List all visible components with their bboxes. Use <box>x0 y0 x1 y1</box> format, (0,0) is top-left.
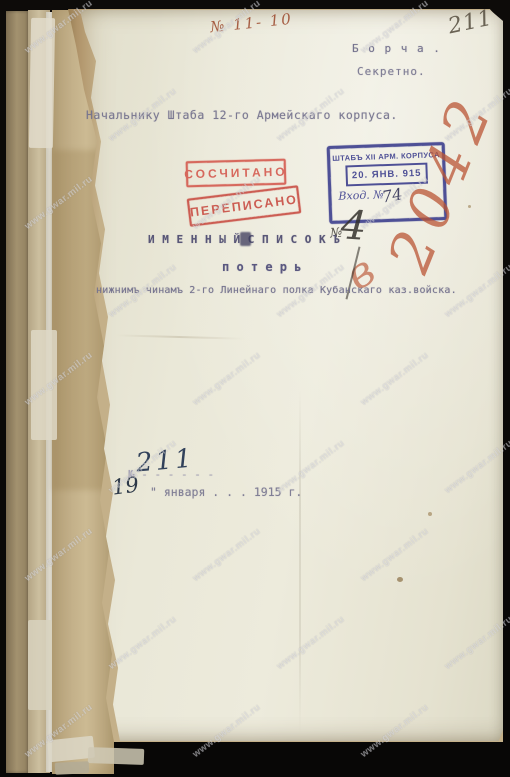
watermark: www.gwar.mil.ru <box>23 702 95 760</box>
watermark: www.gwar.mil.ru <box>443 438 510 496</box>
watermark: www.gwar.mil.ru <box>191 350 263 408</box>
watermark: www.gwar.mil.ru <box>275 438 347 496</box>
watermark: www.gwar.mil.ru <box>275 614 347 672</box>
watermark: www.gwar.mil.ru <box>359 350 431 408</box>
watermark: www.gwar.mil.ru <box>23 0 95 56</box>
watermark: www.gwar.mil.ru <box>275 86 347 144</box>
watermark: www.gwar.mil.ru <box>107 614 179 672</box>
watermark: www.gwar.mil.ru <box>443 614 510 672</box>
watermark: www.gwar.mil.ru <box>107 86 179 144</box>
watermark: www.gwar.mil.ru <box>191 526 263 584</box>
watermark: www.gwar.mil.ru <box>191 0 263 56</box>
watermark: www.gwar.mil.ru <box>107 438 179 496</box>
watermark: www.gwar.mil.ru <box>191 174 263 232</box>
archival-scan-photo: № 11- 10 211 Б о р ч а . Секретно. Начал… <box>0 0 510 777</box>
watermark: www.gwar.mil.ru <box>23 526 95 584</box>
watermark: www.gwar.mil.ru <box>359 702 431 760</box>
watermark: www.gwar.mil.ru <box>275 262 347 320</box>
watermark-layer: www.gwar.mil.ruwww.gwar.mil.ruwww.gwar.m… <box>0 0 510 777</box>
watermark: www.gwar.mil.ru <box>107 262 179 320</box>
watermark: www.gwar.mil.ru <box>23 174 95 232</box>
watermark: www.gwar.mil.ru <box>191 702 263 760</box>
watermark: www.gwar.mil.ru <box>23 350 95 408</box>
watermark: www.gwar.mil.ru <box>359 0 431 56</box>
watermark: www.gwar.mil.ru <box>443 86 510 144</box>
watermark: www.gwar.mil.ru <box>359 526 431 584</box>
watermark: www.gwar.mil.ru <box>359 174 431 232</box>
watermark: www.gwar.mil.ru <box>443 262 510 320</box>
